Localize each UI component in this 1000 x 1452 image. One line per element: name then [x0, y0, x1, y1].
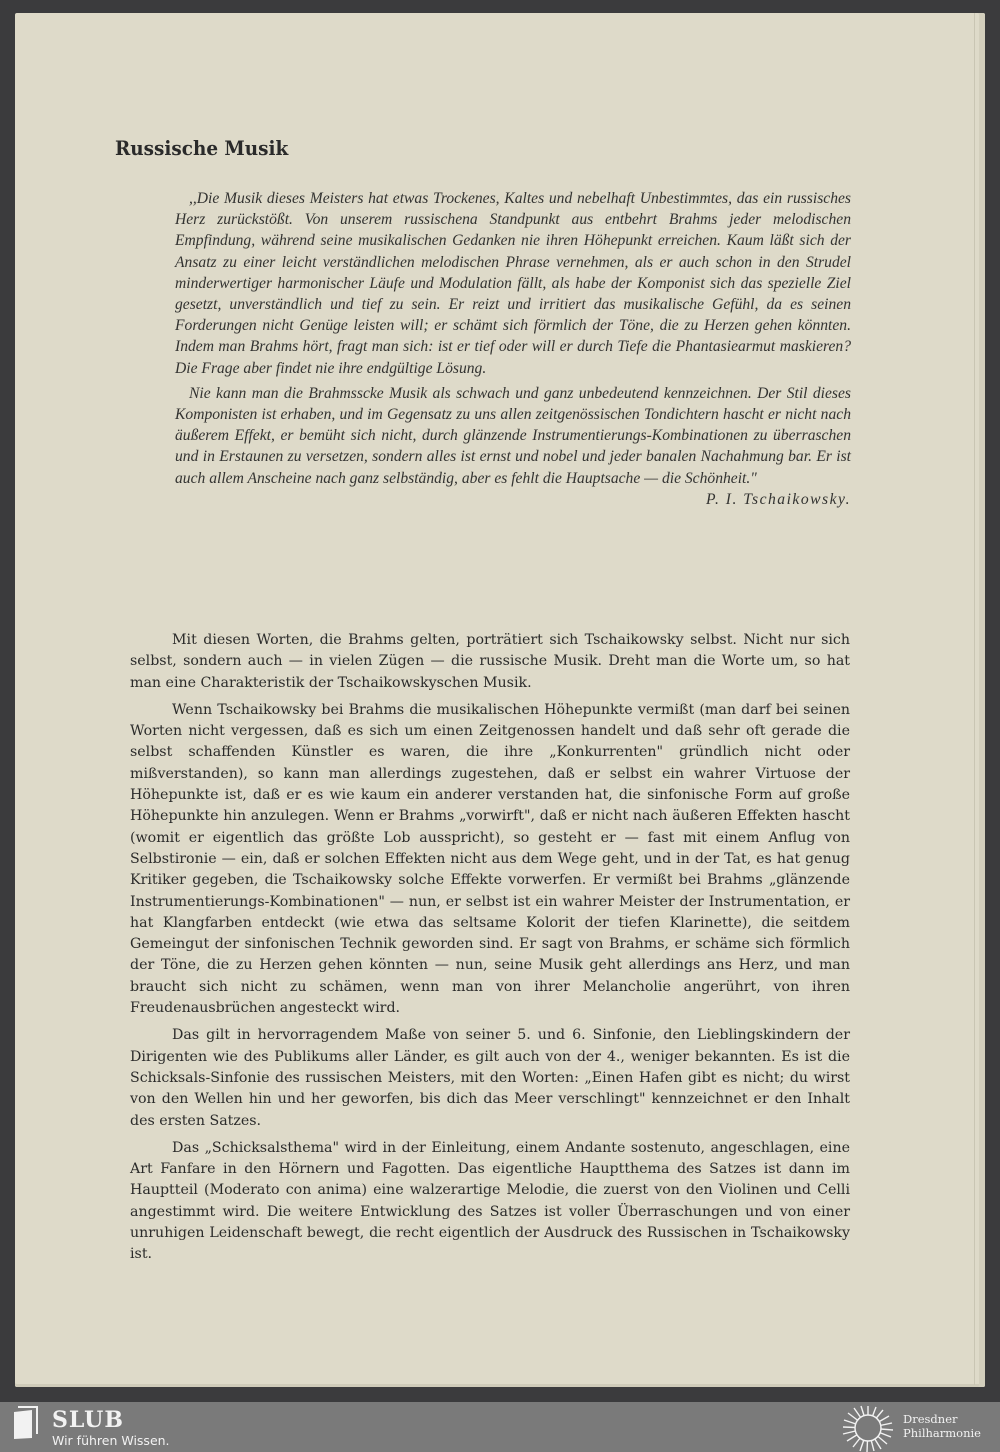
dresdner-philharmonie-logo-text[interactable]: Dresdner Philharmonie	[903, 1412, 981, 1440]
quote-block: ,,Die Musik dieses Meisters hat etwas Tr…	[175, 188, 851, 510]
dp-name-line2: Philharmonie	[903, 1426, 981, 1440]
dp-name-line1: Dresdner	[903, 1412, 981, 1426]
page-edge	[974, 13, 975, 1385]
section-title: Russische Musik	[115, 136, 288, 160]
radiant-sun-icon[interactable]	[840, 1404, 896, 1452]
quote-attribution: P. I. Tschaikowsky.	[175, 489, 851, 510]
body-paragraph: Das gilt in hervorragendem Maße von sein…	[130, 1025, 850, 1131]
slub-logo-text[interactable]: SLUB	[52, 1407, 124, 1433]
scanned-page: Russische Musik ,,Die Musik dieses Meist…	[15, 13, 985, 1387]
quote-paragraph: ,,Die Musik dieses Meisters hat etwas Tr…	[175, 188, 851, 379]
body-paragraph: Wenn Tschaikowsky bei Brahms die musikal…	[130, 700, 850, 1019]
quote-paragraph: Nie kann man die Brahmsscke Musik als sc…	[175, 383, 851, 489]
body-text: Mit diesen Worten, die Brahms gelten, po…	[130, 630, 850, 1266]
footer-bar: SLUB Wir führen Wissen.	[0, 1402, 1000, 1452]
book-pages-icon[interactable]	[12, 1406, 40, 1440]
body-paragraph: Mit diesen Worten, die Brahms gelten, po…	[130, 630, 850, 694]
body-paragraph: Das „Schicksalsthema" wird in der Einlei…	[130, 1138, 850, 1266]
slub-tagline: Wir führen Wissen.	[52, 1433, 170, 1448]
